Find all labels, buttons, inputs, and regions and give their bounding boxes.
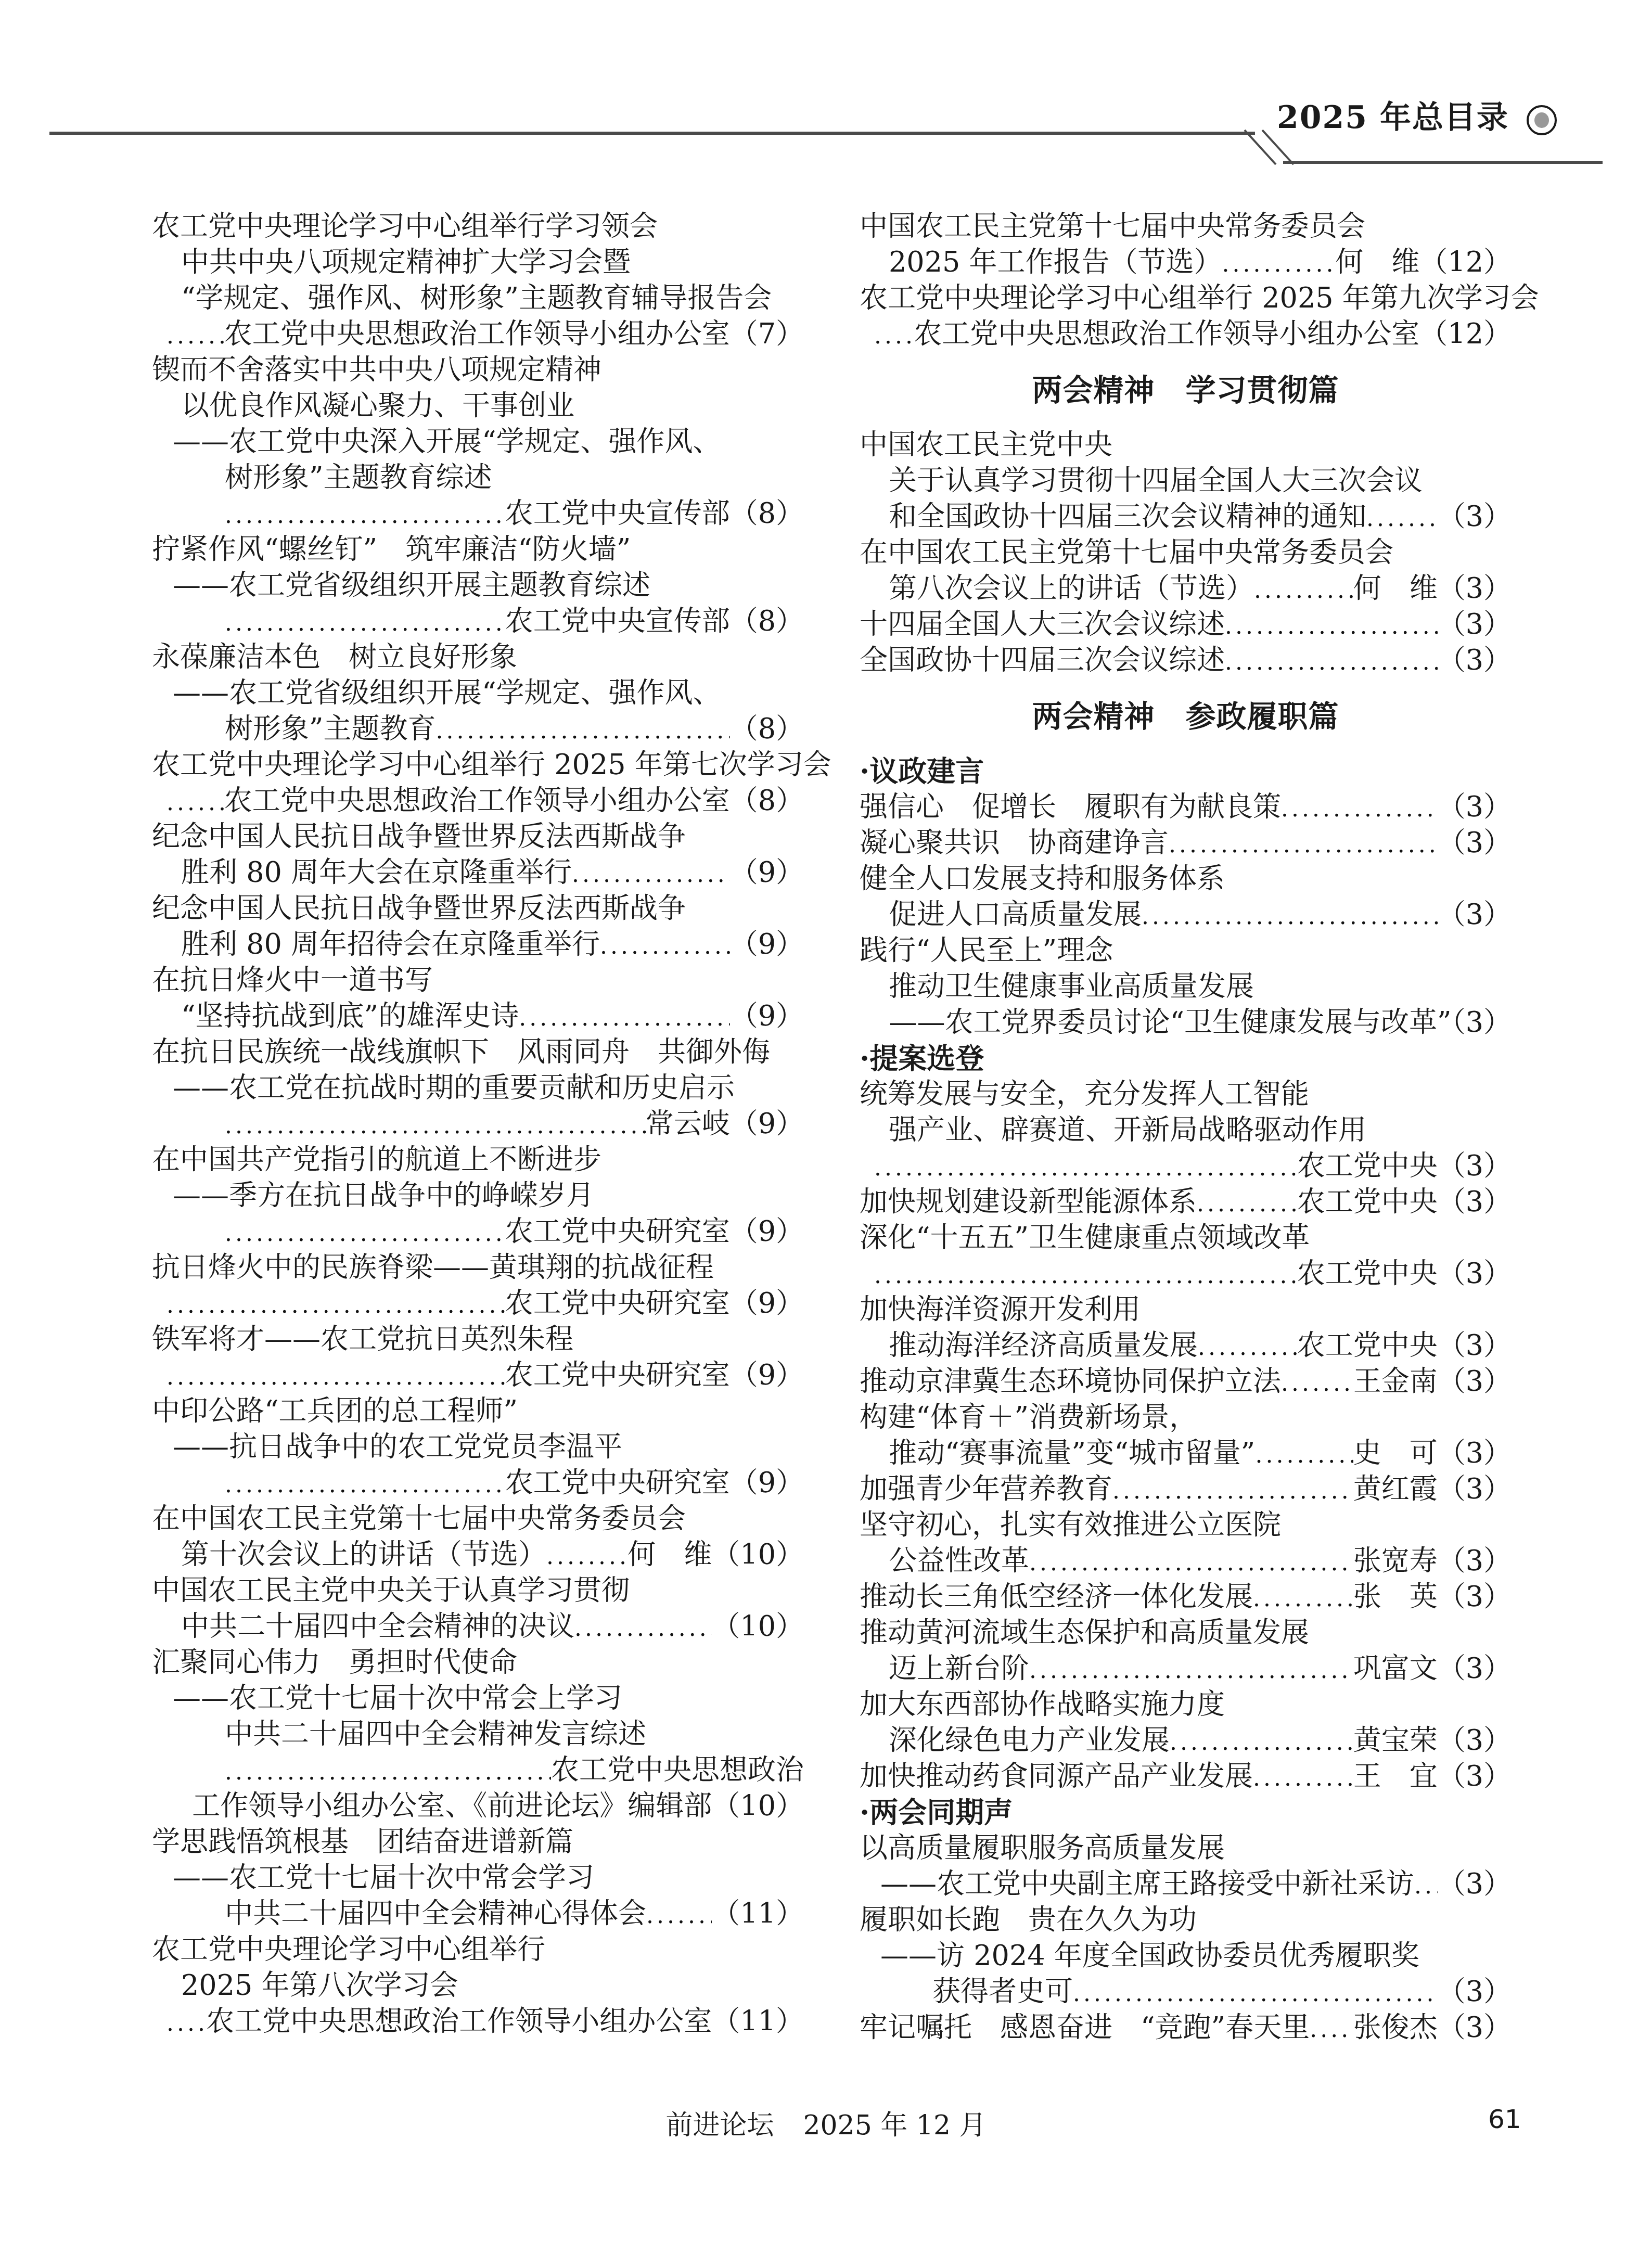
toc-entry: 中共二十届四中全会精神的决议..........................… — [152, 1608, 804, 1644]
subsection-heading: ·两会同期声 — [860, 1794, 1512, 1830]
toc-entry-title: 拧紧作风“螺丝钉” 筑牢廉洁“防火墙” — [152, 531, 631, 567]
toc-entry-title: 关于认真学习贯彻十四届全国人大三次会议 — [889, 463, 1423, 498]
toc-entry: 锲而不舍落实中共中央八项规定精神 — [152, 352, 804, 388]
toc-entry-title: 加快规划建设新型能源体系 — [860, 1184, 1197, 1220]
toc-entry: ——农工党界委员讨论“卫生健康发展与改革”（3） — [860, 1004, 1512, 1040]
toc-entry-title: 农工党中央理论学习中心组举行 2025 年第七次学习会 — [152, 747, 831, 783]
toc-entry-title: 推动京津冀生态环境协同保护立法 — [860, 1363, 1281, 1399]
toc-entry-author-page: （3） — [1438, 1974, 1512, 2009]
toc-entry: 以高质量履职服务高质量发展 — [860, 1830, 1512, 1866]
toc-entry: 加快海洋资源开发利用 — [860, 1291, 1512, 1327]
toc-entry-title: “学规定、强作风、树形象”主题教育辅导报告会 — [181, 280, 772, 316]
toc-entry-author-page: 史 可（3） — [1353, 1435, 1512, 1471]
toc-entry-author-page: 农工党中央研究室（9） — [505, 1285, 804, 1321]
toc-entry-title: ——抗日战争中的农工党党员李温平 — [173, 1429, 622, 1465]
toc-entry-author-page: （11） — [712, 1895, 804, 1931]
dot-leader: ........................................… — [1414, 1868, 1438, 1904]
dot-leader: ........................................… — [1366, 501, 1438, 536]
dot-leader: ........................................… — [1198, 1329, 1297, 1365]
toc-entry-title: 中国农工民主党第十七届中央常务委员会 — [860, 208, 1365, 244]
toc-entry-title: ——季方在抗日战争中的峥嵘岁月 — [173, 1177, 594, 1213]
dot-leader: ........................................… — [1281, 791, 1438, 827]
toc-entry: 中国农工民主党中央关于认真学习贯彻 — [152, 1572, 804, 1608]
toc-entry-title: 深化绿色电力产业发展 — [889, 1722, 1170, 1758]
toc-entry-title: 汇聚同心伟力 勇担时代使命 — [152, 1644, 517, 1680]
toc-entry-title: “坚持抗战到底”的雄浑史诗 — [181, 998, 519, 1034]
dot-leader: ........................................… — [167, 2005, 206, 2041]
toc-entry-title: 促进人口高质量发展 — [889, 896, 1142, 932]
bullseye-icon-center — [1534, 112, 1549, 128]
dot-leader: ........................................… — [874, 318, 914, 354]
toc-entry-title: ——农工党十七届十次中常会上学习 — [173, 1680, 622, 1716]
subsection-heading: ·议政建言 — [860, 753, 1512, 789]
toc-entry-title: 统筹发展与安全，充分发挥人工智能 — [860, 1076, 1309, 1112]
toc-entry: “学规定、强作风、树形象”主题教育辅导报告会 — [152, 280, 804, 316]
toc-entry-title: 在中国农工民主党第十七届中央常务委员会 — [152, 1501, 686, 1536]
toc-entry-title: 构建“体育＋”消费新场景， — [860, 1399, 1197, 1435]
toc-entry-author-page: 农工党中央（3） — [1297, 1148, 1512, 1184]
toc-entry: ........................................… — [860, 316, 1512, 352]
toc-entry: 深化绿色电力产业发展..............................… — [860, 1722, 1512, 1758]
dot-leader: ........................................… — [225, 497, 505, 533]
toc-entry: 中共二十届四中全会精神心得体会.........................… — [152, 1895, 804, 1931]
dot-leader: ........................................… — [1253, 1760, 1353, 1796]
toc-entry-author-page: （9） — [730, 998, 804, 1034]
toc-entry: 坚守初心，扎实有效推进公立医院 — [860, 1507, 1512, 1543]
toc-entry-title: 农工党中央理论学习中心组举行 2025 年第九次学习会 — [860, 280, 1539, 316]
toc-entry-title: 学思践悟筑根基 团结奋进谱新篇 — [152, 1824, 573, 1860]
dot-leader: ........................................… — [519, 1000, 729, 1036]
toc-entry-author-page: （3） — [1438, 642, 1512, 678]
toc-entry-title: 强产业、辟赛道、开新局战略驱动作用 — [889, 1112, 1366, 1148]
section-heading: 两会精神 参政履职篇 — [860, 696, 1512, 737]
toc-entry-title: 在抗日民族统一战线旗帜下 风雨同舟 共御外侮 — [152, 1034, 770, 1070]
toc-entry-author-page: 农工党中央（3） — [1297, 1327, 1512, 1363]
toc-entry-title: 获得者史可 — [932, 1974, 1073, 2009]
subsection-heading-text: ·两会同期声 — [860, 1794, 1013, 1830]
toc-entry-title: 树形象”主题教育综述 — [225, 459, 492, 495]
toc-entry: 在中国农工民主党第十七届中央常务委员会 — [152, 1501, 804, 1536]
toc-entry-author-page: 农工党中央研究室（9） — [505, 1213, 804, 1249]
toc-entry-title: ——农工党中央深入开展“学规定、强作风、 — [173, 424, 721, 459]
toc-entry-author-page: （3） — [1438, 825, 1512, 861]
magazine-toc-page: 2025 年总目录 农工党中央理论学习中心组举行学习领会中共中央八项规定精神扩大… — [0, 0, 1652, 2242]
toc-entry: 树形象”主题教育综述 — [152, 459, 804, 495]
toc-entry-author-page: 张 英（3） — [1353, 1579, 1512, 1615]
dot-leader: ........................................… — [1225, 608, 1438, 644]
toc-entry-author-page: （8） — [730, 711, 804, 747]
dot-leader: ........................................… — [167, 1359, 505, 1395]
toc-entry-title: 履职如长跑 贵在久久为功 — [860, 1902, 1197, 1938]
toc-entry-title: 深化“十五五”卫生健康重点领域改革 — [860, 1220, 1310, 1255]
toc-entry-title: 加快推动药食同源产品产业发展 — [860, 1758, 1253, 1794]
toc-entry-title: 在中国共产党指引的航道上不断进步 — [152, 1142, 601, 1177]
dot-leader: ........................................… — [600, 928, 730, 964]
dot-leader: ........................................… — [1281, 1365, 1353, 1401]
toc-entry-author-page: 农工党中央思想政治 — [551, 1752, 804, 1788]
toc-entry: 农工党中央理论学习中心组举行 2025 年第九次学习会 — [860, 280, 1512, 316]
toc-entry: 第八次会议上的讲话（节选）...........................… — [860, 570, 1512, 606]
toc-entry-title: 永葆廉洁本色 树立良好形象 — [152, 639, 517, 675]
dot-leader: ........................................… — [1029, 1545, 1353, 1581]
toc-entry-author-page: 何 维（10） — [627, 1536, 804, 1572]
toc-entry-title: 凝心聚共识 协商建诤言 — [860, 825, 1169, 861]
toc-entry-title: 中国农工民主党中央 — [860, 427, 1112, 463]
dot-leader: ........................................… — [1112, 1473, 1353, 1509]
toc-entry-title: 胜利 80 周年大会在京隆重举行 — [181, 854, 572, 890]
toc-entry-title: 抗日烽火中的民族脊梁——黄琪翔的抗战征程 — [152, 1249, 714, 1285]
toc-entry: 推动长三角低空经济一体化发展..........................… — [860, 1579, 1512, 1615]
toc-entry: 在抗日烽火中一道书写 — [152, 962, 804, 998]
toc-entry: 胜利 80 周年招待会在京隆重举行.......................… — [152, 926, 804, 962]
toc-entry-author-page: （3） — [1438, 789, 1512, 825]
toc-entry-title: 中国农工民主党中央关于认真学习贯彻 — [152, 1572, 630, 1608]
toc-entry: 树形象”主题教育................................… — [152, 711, 804, 747]
toc-entry-title: 纪念中国人民抗日战争暨世界反法西斯战争 — [152, 818, 686, 854]
dot-leader: ........................................… — [1170, 1724, 1353, 1760]
toc-entry-title: 强信心 促增长 履职有为献良策 — [860, 789, 1281, 825]
toc-entry: 深化“十五五”卫生健康重点领域改革 — [860, 1220, 1512, 1255]
toc-entry-title: 健全人口发展支持和服务体系 — [860, 861, 1225, 896]
toc-entry-title: 以优良作风凝心聚力、干事创业 — [181, 388, 574, 424]
toc-entry: 工作领导小组办公室、《前进论坛》编辑部（10） — [152, 1788, 804, 1824]
toc-entry-title: 加强青少年营养教育 — [860, 1471, 1112, 1507]
toc-entry: ........................................… — [152, 783, 804, 818]
dot-leader: ........................................… — [225, 1754, 551, 1790]
toc-entry: “坚持抗战到底”的雄浑史诗...........................… — [152, 998, 804, 1034]
toc-entry: ........................................… — [152, 495, 804, 531]
toc-entry: ........................................… — [860, 1148, 1512, 1184]
toc-entry: 加大东西部协作战略实施力度 — [860, 1686, 1512, 1722]
toc-entry: 在抗日民族统一战线旗帜下 风雨同舟 共御外侮 — [152, 1034, 804, 1070]
toc-entry: 汇聚同心伟力 勇担时代使命 — [152, 1644, 804, 1680]
toc-entry-title: ——农工党在抗战时期的重要贡献和历史启示 — [173, 1070, 735, 1106]
toc-entry-title: 推动黄河流域生态保护和高质量发展 — [860, 1615, 1309, 1650]
dot-leader: ........................................… — [1073, 1976, 1438, 2012]
toc-entry: 以优良作风凝心聚力、干事创业 — [152, 388, 804, 424]
toc-entry-title: 中共二十届四中全会精神心得体会 — [225, 1895, 646, 1931]
toc-entry-title: 十四届全国人大三次会议综述 — [860, 606, 1225, 642]
dot-leader: ........................................… — [1310, 2012, 1353, 2047]
toc-entry-author-page: 王 宜（3） — [1353, 1758, 1512, 1794]
toc-entry: 中国农工民主党第十七届中央常务委员会 — [860, 208, 1512, 244]
toc-entry-title: 第十次会议上的讲话（节选） — [181, 1536, 546, 1572]
toc-entry: 履职如长跑 贵在久久为功 — [860, 1902, 1512, 1938]
toc-entry: ——农工党十七届十次中常会上学习 — [152, 1680, 804, 1716]
toc-entry-title: 中共二十届四中全会精神的决议 — [181, 1608, 574, 1644]
toc-entry: 十四届全国人大三次会议综述...........................… — [860, 606, 1512, 642]
toc-entry-title: 农工党中央理论学习中心组举行 — [152, 1931, 545, 1967]
toc-entry: 纪念中国人民抗日战争暨世界反法西斯战争 — [152, 818, 804, 854]
toc-entry: ——季方在抗日战争中的峥嵘岁月 — [152, 1177, 804, 1213]
toc-entry: ——抗日战争中的农工党党员李温平 — [152, 1429, 804, 1465]
toc-entry-title: 牢记嘱托 感恩奋进 “竞跑”春天里 — [860, 2009, 1310, 2045]
dot-leader: ........................................… — [1142, 899, 1438, 934]
toc-entry-title: 中共二十届四中全会精神发言综述 — [225, 1716, 646, 1752]
toc-entry: ........................................… — [152, 316, 804, 352]
toc-entry: 第十次会议上的讲话（节选）...........................… — [152, 1536, 804, 1572]
toc-entry: 获得者史可...................................… — [860, 1974, 1512, 2009]
toc-entry: 农工党中央理论学习中心组举行 2025 年第七次学习会 — [152, 747, 804, 783]
toc-entry: 健全人口发展支持和服务体系 — [860, 861, 1512, 896]
toc-entry: ——农工党在抗战时期的重要贡献和历史启示 — [152, 1070, 804, 1106]
toc-entry: 中印公路“工兵团的总工程师” — [152, 1393, 804, 1429]
toc-entry-author-page: 张宽寿（3） — [1353, 1543, 1512, 1579]
toc-entry-title: 推动长三角低空经济一体化发展 — [860, 1579, 1253, 1615]
toc-entry: 践行“人民至上”理念 — [860, 932, 1512, 968]
subsection-heading-text: ·议政建言 — [860, 753, 984, 789]
toc-entry-title: 践行“人民至上”理念 — [860, 932, 1113, 968]
toc-entry: 2025 年第八次学习会 — [152, 1967, 804, 2003]
toc-entry-author-page: 农工党中央研究室（9） — [505, 1357, 804, 1393]
toc-entry-title: ——农工党省级组织开展“学规定、强作风、 — [173, 675, 721, 711]
toc-entry: 加快规划建设新型能源体系............................… — [860, 1184, 1512, 1220]
toc-entry: 强产业、辟赛道、开新局战略驱动作用 — [860, 1112, 1512, 1148]
toc-entry: 纪念中国人民抗日战争暨世界反法西斯战争 — [152, 890, 804, 926]
footer-issue: 2025 年 12 月 — [803, 2110, 986, 2141]
toc-entry-title: 以高质量履职服务高质量发展 — [860, 1830, 1225, 1866]
dot-leader: ........................................… — [874, 1150, 1297, 1186]
toc-entry: 迈上新台阶...................................… — [860, 1650, 1512, 1686]
toc-entry-title: 工作领导小组办公室、《前进论坛》编辑部（10） — [192, 1788, 804, 1824]
toc-entry-title: 锲而不舍落实中共中央八项规定精神 — [152, 352, 601, 388]
toc-entry-author-page: （3） — [1438, 896, 1512, 932]
toc-entry-title: 在抗日烽火中一道书写 — [152, 962, 433, 998]
toc-entry-author-page: 张俊杰（3） — [1353, 2009, 1512, 2045]
dot-leader: ........................................… — [436, 713, 730, 749]
toc-entry-title: ——访 2024 年度全国政协委员优秀履职奖 — [880, 1938, 1419, 1974]
section-heading-text: 两会精神 参政履职篇 — [1032, 696, 1339, 737]
toc-entry-author-page: 农工党中央思想政治工作领导小组办公室（12） — [914, 316, 1512, 352]
toc-entry: 全国政协十四届三次会议综述...........................… — [860, 642, 1512, 678]
toc-entry-author-page: 巩富文（3） — [1353, 1650, 1512, 1686]
toc-entry: ——访 2024 年度全国政协委员优秀履职奖 — [860, 1938, 1512, 1974]
toc-entry: 中共中央八项规定精神扩大学习会暨 — [152, 244, 804, 280]
toc-entry-author-page: 王金南（3） — [1353, 1363, 1512, 1399]
toc-right-column: 中国农工民主党第十七届中央常务委员会2025 年工作报告（节选）........… — [860, 208, 1512, 2045]
toc-entry-title: ——农工党十七届十次中常会学习 — [173, 1860, 594, 1895]
dot-leader: ........................................… — [1029, 1652, 1353, 1688]
toc-entry: 推动京津冀生态环境协同保护立法.........................… — [860, 1363, 1512, 1399]
toc-entry-title: 推动“赛事流量”变“城市留量” — [889, 1435, 1255, 1471]
toc-entry-title: 坚守初心，扎实有效推进公立医院 — [860, 1507, 1281, 1543]
dot-leader: ........................................… — [1255, 1437, 1353, 1473]
toc-entry-author-page: 农工党中央思想政治工作领导小组办公室（11） — [206, 2003, 804, 2039]
toc-entry-author-page: 黄红霞（3） — [1353, 1471, 1512, 1507]
toc-entry: 抗日烽火中的民族脊梁——黄琪翔的抗战征程 — [152, 1249, 804, 1285]
toc-entry: 胜利 80 周年大会在京隆重举行........................… — [152, 854, 804, 890]
toc-entry: 统筹发展与安全，充分发挥人工智能 — [860, 1076, 1512, 1112]
toc-entry: ——农工党中央副主席王路接受中新社采访.....................… — [860, 1866, 1512, 1902]
toc-entry-title: 树形象”主题教育 — [225, 711, 436, 747]
toc-entry-title: 和全国政协十四届三次会议精神的通知 — [889, 498, 1366, 534]
toc-entry: 在中国共产党指引的航道上不断进步 — [152, 1142, 804, 1177]
toc-entry: 农工党中央理论学习中心组举行学习领会 — [152, 208, 804, 244]
toc-entry: 铁军将才——农工党抗日英烈朱程 — [152, 1321, 804, 1357]
toc-entry: ........................................… — [860, 1255, 1512, 1291]
toc-entry-title: 推动卫生健康事业高质量发展 — [889, 968, 1254, 1004]
toc-entry: 推动“赛事流量”变“城市留量”.........................… — [860, 1435, 1512, 1471]
toc-entry-author-page: 农工党中央（3） — [1297, 1184, 1512, 1220]
toc-entry-title: 2025 年工作报告（节选） — [889, 244, 1222, 280]
dot-leader: ........................................… — [572, 856, 730, 892]
toc-entry-title: ——农工党省级组织开展主题教育综述 — [173, 567, 650, 603]
toc-entry-author-page: 农工党中央研究室（9） — [505, 1465, 804, 1501]
dot-leader: ........................................… — [1253, 1581, 1353, 1617]
page-number: 61 — [1488, 2104, 1551, 2134]
toc-entry-author-page: 农工党中央宣传部（8） — [505, 495, 804, 531]
dot-leader: ........................................… — [167, 785, 224, 821]
toc-entry-author-page: 农工党中央宣传部（8） — [505, 603, 804, 639]
toc-entry: 关于认真学习贯彻十四届全国人大三次会议 — [860, 463, 1512, 498]
subsection-heading-text: ·提案选登 — [860, 1040, 984, 1076]
toc-entry-author-page: 黄宝荣（3） — [1353, 1722, 1512, 1758]
toc-entry: 学思践悟筑根基 团结奋进谱新篇 — [152, 1824, 804, 1860]
toc-entry: 公益性改革...................................… — [860, 1543, 1512, 1579]
toc-left-column: 农工党中央理论学习中心组举行学习领会中共中央八项规定精神扩大学习会暨“学规定、强… — [152, 208, 804, 2039]
toc-entry-title: 全国政协十四届三次会议综述 — [860, 642, 1225, 678]
toc-entry: 推动黄河流域生态保护和高质量发展 — [860, 1615, 1512, 1650]
toc-entry-title: ——农工党中央副主席王路接受中新社采访 — [880, 1866, 1414, 1902]
toc-entry: 中国农工民主党中央 — [860, 427, 1512, 463]
page-header-title: 2025 年总目录 — [1238, 93, 1509, 137]
toc-entry-author-page: 常云岐（9） — [646, 1106, 804, 1142]
toc-entry: ........................................… — [152, 1285, 804, 1321]
toc-entry: ........................................… — [152, 1213, 804, 1249]
toc-entry: 农工党中央理论学习中心组举行 — [152, 1931, 804, 1967]
toc-entry: 凝心聚共识 协商建诤言.............................… — [860, 825, 1512, 861]
subsection-heading: ·提案选登 — [860, 1040, 1512, 1076]
toc-entry-title: 农工党中央理论学习中心组举行学习领会 — [152, 208, 658, 244]
dot-leader: ........................................… — [1197, 1186, 1297, 1222]
dot-leader: ........................................… — [1254, 572, 1353, 608]
toc-entry: ——农工党十七届十次中常会学习 — [152, 1860, 804, 1895]
toc-entry-title: 加快海洋资源开发利用 — [860, 1291, 1141, 1327]
toc-entry: 推动海洋经济高质量发展.............................… — [860, 1327, 1512, 1363]
toc-entry: ........................................… — [152, 1752, 804, 1788]
toc-entry-author-page: （9） — [730, 854, 804, 890]
toc-entry: ——农工党省级组织开展“学规定、强作风、 — [152, 675, 804, 711]
toc-entry: 加强青少年营养教育...............................… — [860, 1471, 1512, 1507]
toc-entry-author-page: （3） — [1438, 606, 1512, 642]
toc-entry-title: 第八次会议上的讲话（节选） — [889, 570, 1254, 606]
toc-entry-author-page: （3） — [1438, 1866, 1512, 1902]
toc-entry-author-page: 何 维（12） — [1335, 244, 1512, 280]
toc-entry: 强信心 促增长 履职有为献良策.........................… — [860, 789, 1512, 825]
dot-leader: ........................................… — [874, 1258, 1297, 1293]
toc-entry: ........................................… — [152, 2003, 804, 2039]
toc-entry: 中共二十届四中全会精神发言综述 — [152, 1716, 804, 1752]
toc-entry-author-page: （10） — [712, 1608, 804, 1644]
toc-entry: 推动卫生健康事业高质量发展 — [860, 968, 1512, 1004]
dot-leader: ........................................… — [546, 1539, 627, 1574]
dot-leader: ........................................… — [225, 1108, 646, 1144]
toc-entry: 加快推动药食同源产品产业发展..........................… — [860, 1758, 1512, 1794]
toc-entry-author-page: 农工党中央思想政治工作领导小组办公室（7） — [224, 316, 804, 352]
toc-entry-author-page: 农工党中央（3） — [1297, 1255, 1512, 1291]
dot-leader: ........................................… — [167, 318, 224, 354]
toc-entry-author-page: 农工党中央思想政治工作领导小组办公室（8） — [224, 783, 804, 818]
toc-entry: 促进人口高质量发展...............................… — [860, 896, 1512, 932]
toc-entry: ........................................… — [152, 603, 804, 639]
toc-entry-author-page: （3） — [1438, 498, 1512, 534]
section-heading: 两会精神 学习贯彻篇 — [860, 369, 1512, 411]
toc-entry: ........................................… — [152, 1465, 804, 1501]
header-rule — [0, 0, 1652, 177]
toc-entry-title: ——农工党界委员讨论“卫生健康发展与改革”（3） — [889, 1004, 1512, 1040]
page-footer: 前进论坛2025 年 12 月 — [0, 2103, 1652, 2142]
toc-entry: ........................................… — [152, 1357, 804, 1393]
dot-leader: ........................................… — [646, 1898, 712, 1933]
toc-entry-author-page: 何 维（3） — [1353, 570, 1512, 606]
toc-entry-title: 中印公路“工兵团的总工程师” — [152, 1393, 518, 1429]
dot-leader: ........................................… — [1222, 246, 1336, 282]
toc-entry-title: 公益性改革 — [889, 1543, 1029, 1579]
toc-entry-title: 迈上新台阶 — [889, 1650, 1029, 1686]
toc-entry: 牢记嘱托 感恩奋进 “竞跑”春天里.......................… — [860, 2009, 1512, 2045]
toc-entry-title: 胜利 80 周年招待会在京隆重举行 — [181, 926, 600, 962]
dot-leader: ........................................… — [1169, 827, 1438, 863]
toc-entry: ——农工党省级组织开展主题教育综述 — [152, 567, 804, 603]
toc-entry: 和全国政协十四届三次会议精神的通知.......................… — [860, 498, 1512, 534]
toc-entry-title: 铁军将才——农工党抗日英烈朱程 — [152, 1321, 573, 1357]
bullseye-icon — [1527, 105, 1557, 135]
dot-leader: ........................................… — [574, 1610, 712, 1646]
toc-entry-title: 推动海洋经济高质量发展 — [889, 1327, 1198, 1363]
toc-entry-title: 纪念中国人民抗日战争暨世界反法西斯战争 — [152, 890, 686, 926]
toc-entry: 拧紧作风“螺丝钉” 筑牢廉洁“防火墙” — [152, 531, 804, 567]
toc-entry: 永葆廉洁本色 树立良好形象 — [152, 639, 804, 675]
toc-entry-title: 2025 年第八次学习会 — [181, 1967, 458, 2003]
toc-entry: 在中国农工民主党第十七届中央常务委员会 — [860, 534, 1512, 570]
toc-entry-author-page: （9） — [730, 926, 804, 962]
toc-entry: ——农工党中央深入开展“学规定、强作风、 — [152, 424, 804, 459]
toc-entry-title: 加大东西部协作战略实施力度 — [860, 1686, 1225, 1722]
toc-entry-title: 中共中央八项规定精神扩大学习会暨 — [181, 244, 631, 280]
toc-entry-title: 在中国农工民主党第十七届中央常务委员会 — [860, 534, 1393, 570]
section-heading-text: 两会精神 学习贯彻篇 — [1032, 369, 1339, 411]
dot-leader: ........................................… — [1225, 644, 1438, 680]
dot-leader: ........................................… — [225, 1467, 505, 1503]
footer-journal-title: 前进论坛 — [665, 2110, 774, 2141]
dot-leader: ........................................… — [225, 1215, 505, 1251]
toc-entry: 构建“体育＋”消费新场景， — [860, 1399, 1512, 1435]
dot-leader: ........................................… — [225, 605, 505, 641]
toc-entry: ........................................… — [152, 1106, 804, 1142]
toc-entry: 2025 年工作报告（节选）..........................… — [860, 244, 1512, 280]
dot-leader: ........................................… — [167, 1287, 505, 1323]
